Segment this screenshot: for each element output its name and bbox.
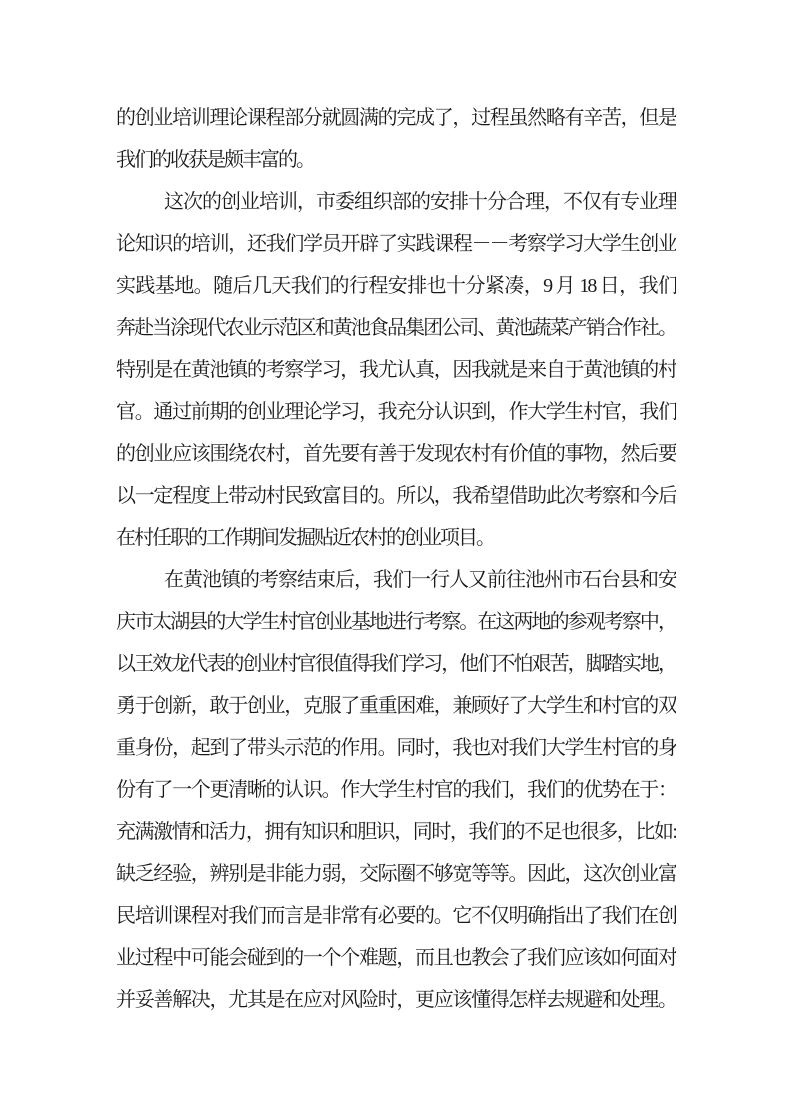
- document-page: 的创业培训理论课程部分就圆满的完成了，过程虽然略有辛苦，但是 我们的收获是颇丰富…: [0, 0, 792, 1120]
- text-line: 并妥善解决，尤其是在应对风险时，更应该懂得怎样去规避和处理。: [116, 979, 676, 1021]
- text-line: 以一定程度上带动村民致富目的。所以，我希望借助此次考察和今后: [116, 475, 676, 517]
- text-line: 业过程中可能会碰到的一个个难题，而且也教会了我们应该如何面对: [116, 937, 676, 979]
- text-line: 民培训课程对我们而言是非常有必要的。它不仅明确指出了我们在创: [116, 895, 676, 937]
- text-line: 论知识的培训，还我们学员开辟了实践课程－－考察学习大学生创业: [116, 223, 676, 265]
- text-line: 实践基地。随后几天我们的行程安排也十分紧凑，9 月 18 日，我们: [116, 265, 676, 307]
- text-line: 重身份，起到了带头示范的作用。同时，我也对我们大学生村官的身: [116, 727, 676, 769]
- text-line: 份有了一个更清晰的认识。作大学生村官的我们，我们的优势在于：: [116, 769, 676, 811]
- paragraph: 这次的创业培训，市委组织部的安排十分合理，不仅有专业理 论知识的培训，还我们学员…: [116, 181, 676, 559]
- text-line: 官。通过前期的创业理论学习，我充分认识到，作大学生村官，我们: [116, 391, 676, 433]
- paragraph: 的创业培训理论课程部分就圆满的完成了，过程虽然略有辛苦，但是 我们的收获是颇丰富…: [116, 97, 676, 181]
- text-line: 在黄池镇的考察结束后，我们一行人又前往池州市石台县和安: [116, 559, 676, 601]
- text-line: 以王效龙代表的创业村官很值得我们学习，他们不怕艰苦，脚踏实地，: [116, 643, 676, 685]
- text-line: 充满激情和活力，拥有知识和胆识，同时，我们的不足也很多，比如:: [116, 811, 676, 853]
- document-body: 的创业培训理论课程部分就圆满的完成了，过程虽然略有辛苦，但是 我们的收获是颇丰富…: [116, 97, 676, 1021]
- text-line: 缺乏经验，辨别是非能力弱，交际圈不够宽等等。因此，这次创业富: [116, 853, 676, 895]
- text-line: 奔赴当涂现代农业示范区和黄池食品集团公司、黄池蔬菜产销合作社。: [116, 307, 676, 349]
- text-line: 我们的收获是颇丰富的。: [116, 139, 676, 181]
- text-line: 特别是在黄池镇的考察学习，我尤认真，因我就是来自于黄池镇的村: [116, 349, 676, 391]
- text-line: 勇于创新，敢于创业，克服了重重困难，兼顾好了大学生和村官的双: [116, 685, 676, 727]
- text-line: 在村任职的工作期间发掘贴近农村的创业项目。: [116, 517, 676, 559]
- paragraph: 在黄池镇的考察结束后，我们一行人又前往池州市石台县和安 庆市太湖县的大学生村官创…: [116, 559, 676, 1021]
- text-line: 庆市太湖县的大学生村官创业基地进行考察。在这两地的参观考察中，: [116, 601, 676, 643]
- text-line: 的创业培训理论课程部分就圆满的完成了，过程虽然略有辛苦，但是: [116, 97, 676, 139]
- text-line: 的创业应该围绕农村，首先要有善于发现农村有价值的事物，然后要: [116, 433, 676, 475]
- text-line: 这次的创业培训，市委组织部的安排十分合理，不仅有专业理: [116, 181, 676, 223]
